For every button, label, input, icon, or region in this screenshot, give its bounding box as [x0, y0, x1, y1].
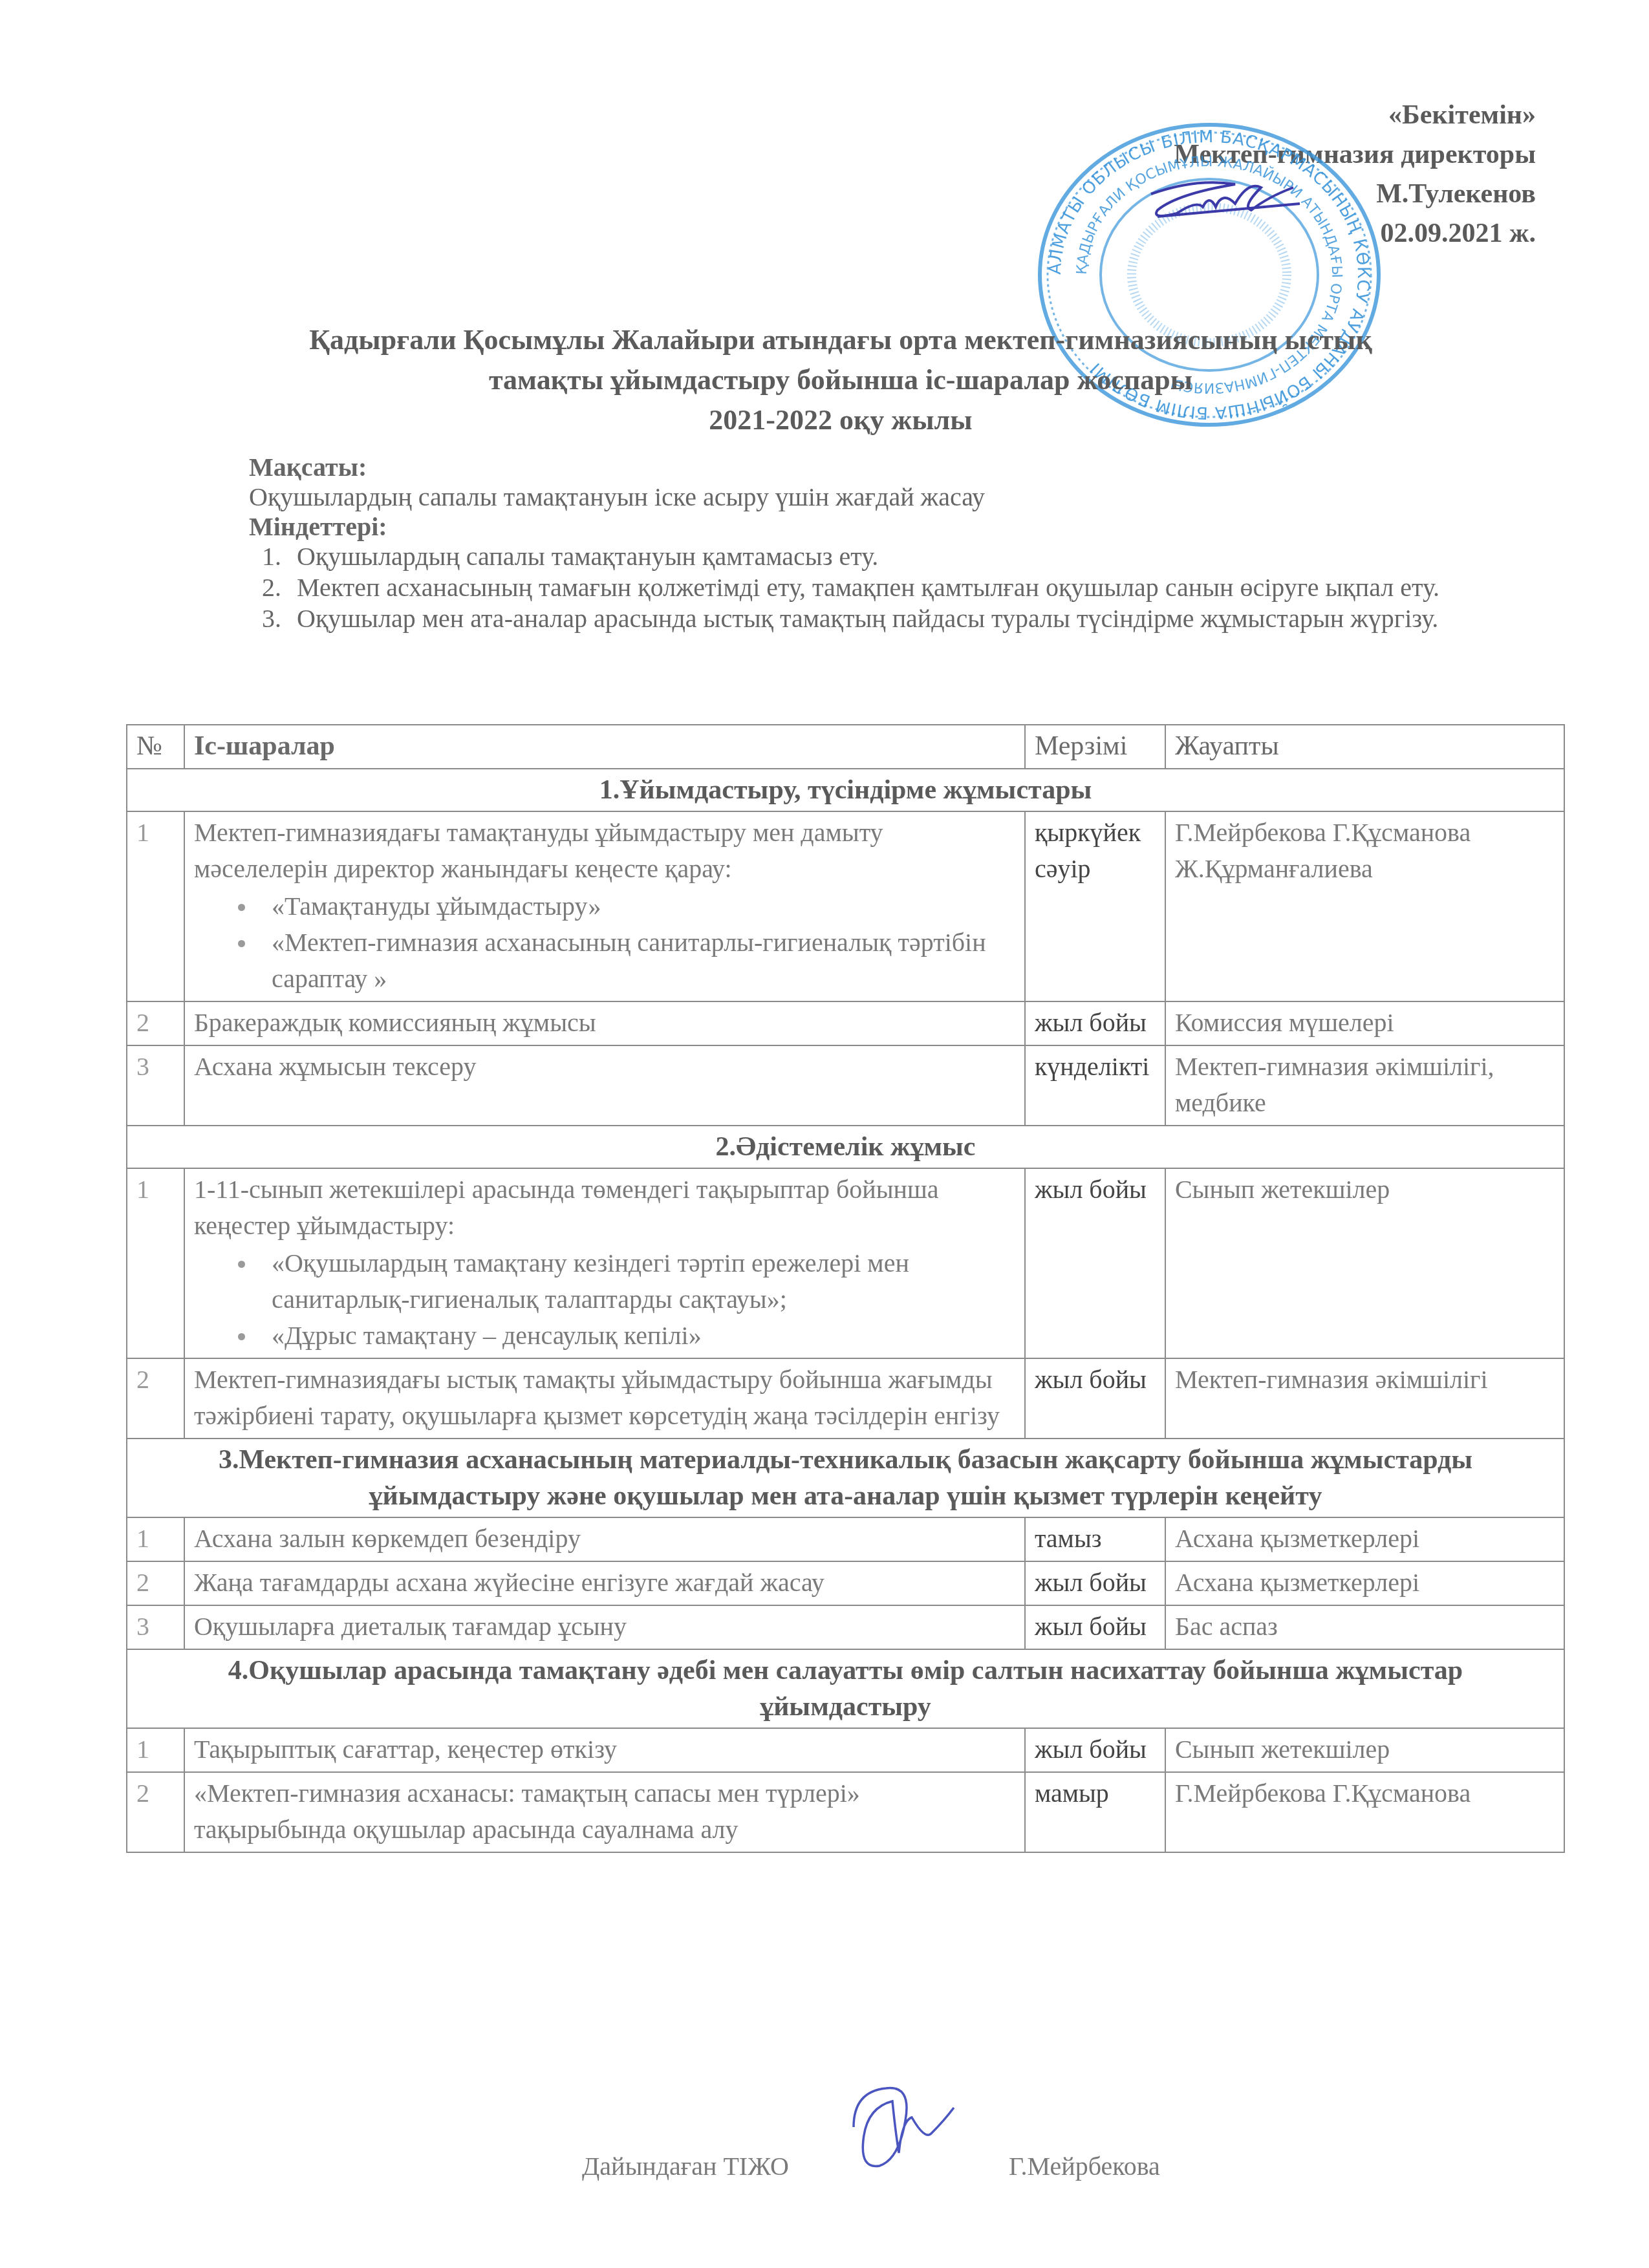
title-line-2: тамақты ұйымдастыру бойынша іс-шаралар ж…: [194, 360, 1487, 400]
row-term: тамыз: [1025, 1517, 1165, 1561]
section-row: 2.Әдістемелік жұмыс: [127, 1126, 1564, 1168]
row-responsible: Сынып жетекшілер: [1165, 1168, 1564, 1358]
activity-text: Мектеп-гимназиядағы тамақтануды ұйымдаст…: [194, 815, 1015, 887]
section-title: 1.Ұйымдастыру, түсіндірме жұмыстары: [127, 769, 1564, 811]
table-row: 2 Бракераждық комиссияның жұмысы жыл бой…: [127, 1001, 1564, 1045]
task-item: Оқушылар мен ата-аналар арасында ыстық т…: [288, 604, 1497, 634]
row-term: күнделікті: [1025, 1045, 1165, 1126]
task-item: Мектеп асханасының тамағын қолжетімді ет…: [288, 573, 1497, 603]
row-responsible: Г.Мейрбекова Г.Құсманова: [1165, 1772, 1564, 1852]
row-num: 1: [127, 1168, 184, 1358]
table-row: 2 Мектеп-гимназиядағы ыстық тамақты ұйым…: [127, 1358, 1564, 1439]
row-num: 2: [127, 1001, 184, 1045]
row-responsible: Мектеп-гимназия әкімшілігі: [1165, 1358, 1564, 1439]
row-term: мамыр: [1025, 1772, 1165, 1852]
title-line-3: 2021-2022 оқу жылы: [194, 400, 1487, 440]
row-activity: Бракераждық комиссияның жұмысы: [184, 1001, 1025, 1045]
prepared-by-label: Дайындаған ТІЖО: [582, 2151, 789, 2181]
table-row: 2 «Мектеп-гимназия асханасы: тамақтың са…: [127, 1772, 1564, 1852]
section-title: 4.Оқушылар арасында тамақтану әдебі мен …: [127, 1649, 1564, 1728]
row-num: 3: [127, 1605, 184, 1649]
row-activity: Мектеп-гимназиядағы тамақтануды ұйымдаст…: [184, 811, 1025, 1001]
row-term: жыл бойы: [1025, 1168, 1165, 1358]
table-row: 3 Оқушыларға диеталық тағамдар ұсыну жыл…: [127, 1605, 1564, 1649]
task-item: Оқушылардың сапалы тамақтануын қамтамасы…: [288, 542, 1497, 572]
row-num: 1: [127, 811, 184, 1001]
activity-text: 1-11-сынып жетекшілері арасында төмендег…: [194, 1171, 1015, 1244]
preparer-name: Г.Мейрбекова: [1009, 2151, 1160, 2181]
row-activity: Асхана залын көркемдеп безендіру: [184, 1517, 1025, 1561]
table-header-row: № Іс-шаралар Мерзімі Жауапты: [127, 725, 1564, 769]
table-row: 1 Асхана залын көркемдеп безендіру тамыз…: [127, 1517, 1564, 1561]
header-responsible: Жауапты: [1165, 725, 1564, 769]
document-title: Қадырғали Қосымұлы Жалайыри атындағы орт…: [194, 320, 1487, 440]
preparer-signature-icon: [834, 2082, 964, 2172]
header-activity: Іс-шаралар: [184, 725, 1025, 769]
row-responsible: Асхана қызметкерлері: [1165, 1517, 1564, 1561]
row-responsible: Сынып жетекшілер: [1165, 1728, 1564, 1772]
topic-item: «Дұрыс тамақтану – денсаулық кепілі»: [272, 1318, 1015, 1354]
section-title: 2.Әдістемелік жұмыс: [127, 1126, 1564, 1168]
section-row: 4.Оқушылар арасында тамақтану әдебі мен …: [127, 1649, 1564, 1728]
row-term: қыркүйек сәуір: [1025, 811, 1165, 1001]
row-num: 1: [127, 1728, 184, 1772]
row-num: 3: [127, 1045, 184, 1126]
row-term: жыл бойы: [1025, 1001, 1165, 1045]
row-activity: Жаңа тағамдарды асхана жүйесіне енгізуге…: [184, 1561, 1025, 1605]
row-responsible: Г.Мейрбекова Г.Құсманова Ж.Құрманғалиева: [1165, 811, 1564, 1001]
row-responsible: Бас аспаз: [1165, 1605, 1564, 1649]
director-signature-icon: [1138, 175, 1306, 226]
row-activity: «Мектеп-гимназия асханасы: тамақтың сапа…: [184, 1772, 1025, 1852]
title-line-1: Қадырғали Қосымұлы Жалайыри атындағы орт…: [194, 320, 1487, 360]
row-num: 2: [127, 1772, 184, 1852]
row-responsible: Комиссия мүшелері: [1165, 1001, 1564, 1045]
topic-item: «Мектеп-гимназия асханасының санитарлы-г…: [272, 925, 1015, 997]
topic-item: «Тамақтануды ұйымдастыру»: [272, 888, 1015, 925]
header-num: №: [127, 725, 184, 769]
section-title: 3.Мектеп-гимназия асханасының материалды…: [127, 1439, 1564, 1517]
row-responsible: Асхана қызметкерлері: [1165, 1561, 1564, 1605]
activity-plan-table: № Іс-шаралар Мерзімі Жауапты 1.Ұйымдасты…: [126, 724, 1565, 1853]
row-activity: Тақырыптық сағаттар, кеңестер өткізу: [184, 1728, 1025, 1772]
topic-item: «Оқушылардың тамақтану кезіндегі тәртіп …: [272, 1245, 1015, 1318]
row-activity: Мектеп-гимназиядағы ыстық тамақты ұйымда…: [184, 1358, 1025, 1439]
goals-section: Мақсаты: Оқушылардың сапалы тамақтануын …: [249, 453, 1497, 635]
prepared-by-footer: Дайындаған ТІЖО Г.Мейрбекова: [582, 2082, 1160, 2181]
table-row: 2 Жаңа тағамдарды асхана жүйесіне енгізу…: [127, 1561, 1564, 1605]
tasks-list: Оқушылардың сапалы тамақтануын қамтамасы…: [249, 542, 1497, 634]
row-term: жыл бойы: [1025, 1358, 1165, 1439]
row-activity: Оқушыларға диеталық тағамдар ұсыну: [184, 1605, 1025, 1649]
topics-list: «Тамақтануды ұйымдастыру» «Мектеп-гимназ…: [194, 888, 1015, 997]
row-responsible: Мектеп-гимназия әкімшілігі, медбике: [1165, 1045, 1564, 1126]
row-term: жыл бойы: [1025, 1728, 1165, 1772]
row-activity: Асхана жұмысын тексеру: [184, 1045, 1025, 1126]
header-term: Мерзімі: [1025, 725, 1165, 769]
table-row: 1 1-11-сынып жетекшілері арасында төменд…: [127, 1168, 1564, 1358]
table-row: 3 Асхана жұмысын тексеру күнделікті Мект…: [127, 1045, 1564, 1126]
row-term: жыл бойы: [1025, 1561, 1165, 1605]
topics-list: «Оқушылардың тамақтану кезіндегі тәртіп …: [194, 1245, 1015, 1354]
row-num: 1: [127, 1517, 184, 1561]
goal-text: Оқушылардың сапалы тамақтануын іске асыр…: [249, 482, 1497, 512]
goal-label: Мақсаты:: [249, 453, 1497, 482]
table-row: 1 Мектеп-гимназиядағы тамақтануды ұйымда…: [127, 811, 1564, 1001]
section-row: 1.Ұйымдастыру, түсіндірме жұмыстары: [127, 769, 1564, 811]
row-term: жыл бойы: [1025, 1605, 1165, 1649]
row-num: 2: [127, 1561, 184, 1605]
section-row: 3.Мектеп-гимназия асханасының материалды…: [127, 1439, 1564, 1517]
tasks-label: Міндеттері:: [249, 512, 1497, 542]
table-row: 1 Тақырыптық сағаттар, кеңестер өткізу ж…: [127, 1728, 1564, 1772]
row-num: 2: [127, 1358, 184, 1439]
row-activity: 1-11-сынып жетекшілері арасында төмендег…: [184, 1168, 1025, 1358]
